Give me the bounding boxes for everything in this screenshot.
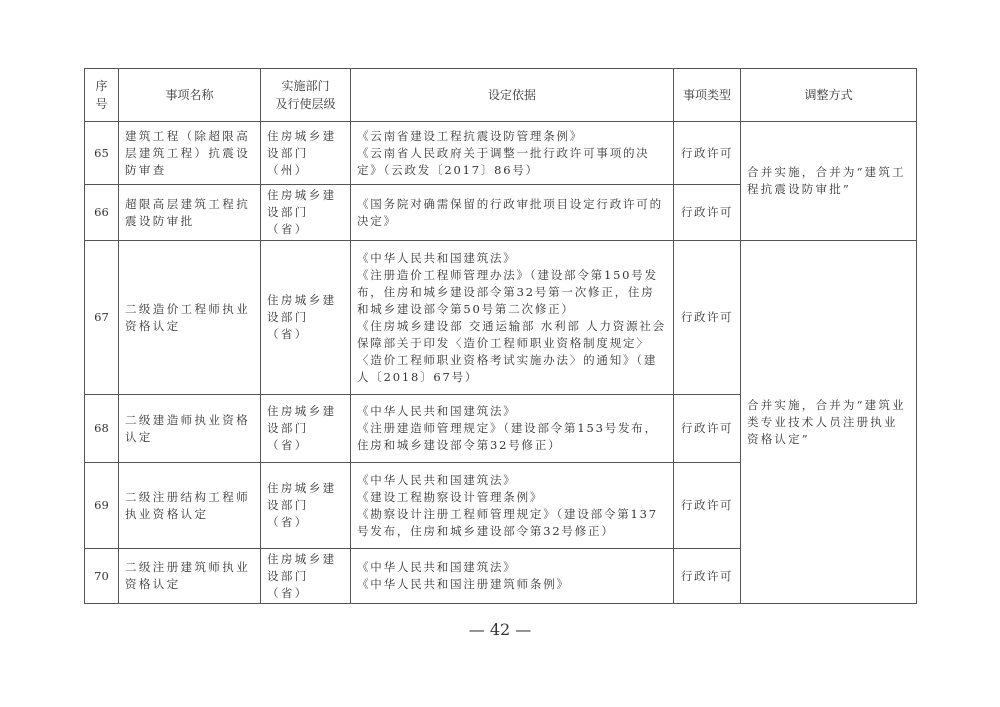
item-dept: 住房城乡建设部门（省）: [261, 549, 351, 604]
item-type: 行政许可: [674, 395, 741, 463]
item-name: 二级注册结构工程师执业资格认定: [119, 463, 261, 549]
header-adjust: 调整方式: [741, 69, 917, 122]
item-type: 行政许可: [674, 122, 741, 185]
item-name: 建筑工程（除超限高层建筑工程）抗震设防审查: [119, 122, 261, 185]
row-number: 70: [85, 549, 119, 604]
header-num: 序号: [85, 69, 119, 122]
adjust-method: 合并实施，合并为“建筑工程抗震设防审批”: [741, 122, 917, 241]
header-row: 序号 事项名称 实施部门及行使层级 设定依据 事项类型 调整方式: [85, 69, 917, 122]
item-basis: 《中华人民共和国建筑法》《中华人民共和国注册建筑师条例》: [351, 549, 674, 604]
item-basis: 《国务院对确需保留的行政审批项目设定行政许可的决定》: [351, 185, 674, 241]
header-basis: 设定依据: [351, 69, 674, 122]
adjust-method: 合并实施，合并为“建筑业类专业技术人员注册执业资格认定”: [741, 241, 917, 604]
page-number: — 42 —: [0, 620, 1000, 639]
item-type: 行政许可: [674, 185, 741, 241]
item-name: 超限高层建筑工程抗震设防审批: [119, 185, 261, 241]
item-name: 二级注册建筑师执业资格认定: [119, 549, 261, 604]
item-dept: 住房城乡建设部门（州）: [261, 122, 351, 185]
row-number: 68: [85, 395, 119, 463]
table-row: 67 二级造价工程师执业资格认定 住房城乡建设部门（省） 《中华人民共和国建筑法…: [85, 241, 917, 395]
table-row: 65 建筑工程（除超限高层建筑工程）抗震设防审查 住房城乡建设部门（州） 《云南…: [85, 122, 917, 185]
item-type: 行政许可: [674, 241, 741, 395]
item-type: 行政许可: [674, 549, 741, 604]
row-number: 65: [85, 122, 119, 185]
item-name: 二级造价工程师执业资格认定: [119, 241, 261, 395]
item-type: 行政许可: [674, 463, 741, 549]
header-dept: 实施部门及行使层级: [261, 69, 351, 122]
item-basis: 《中华人民共和国建筑法》《注册建造师管理规定》（建设部令第153号发布，住房和城…: [351, 395, 674, 463]
item-dept: 住房城乡建设部门（省）: [261, 241, 351, 395]
item-basis: 《云南省建设工程抗震设防管理条例》《云南省人民政府关于调整一批行政许可事项的决定…: [351, 122, 674, 185]
header-type: 事项类型: [674, 69, 741, 122]
items-table: 序号 事项名称 实施部门及行使层级 设定依据 事项类型 调整方式 65 建筑工程…: [84, 68, 917, 604]
row-number: 69: [85, 463, 119, 549]
item-basis: 《中华人民共和国建筑法》《注册造价工程师管理办法》（建设部令第150号发布，住房…: [351, 241, 674, 395]
item-dept: 住房城乡建设部门（省）: [261, 395, 351, 463]
item-dept: 住房城乡建设部门（省）: [261, 185, 351, 241]
row-number: 67: [85, 241, 119, 395]
row-number: 66: [85, 185, 119, 241]
header-name: 事项名称: [119, 69, 261, 122]
item-name: 二级建造师执业资格认定: [119, 395, 261, 463]
item-basis: 《中华人民共和国建筑法》《建设工程勘察设计管理条例》《勘察设计注册工程师管理规定…: [351, 463, 674, 549]
item-dept: 住房城乡建设部门（省）: [261, 463, 351, 549]
